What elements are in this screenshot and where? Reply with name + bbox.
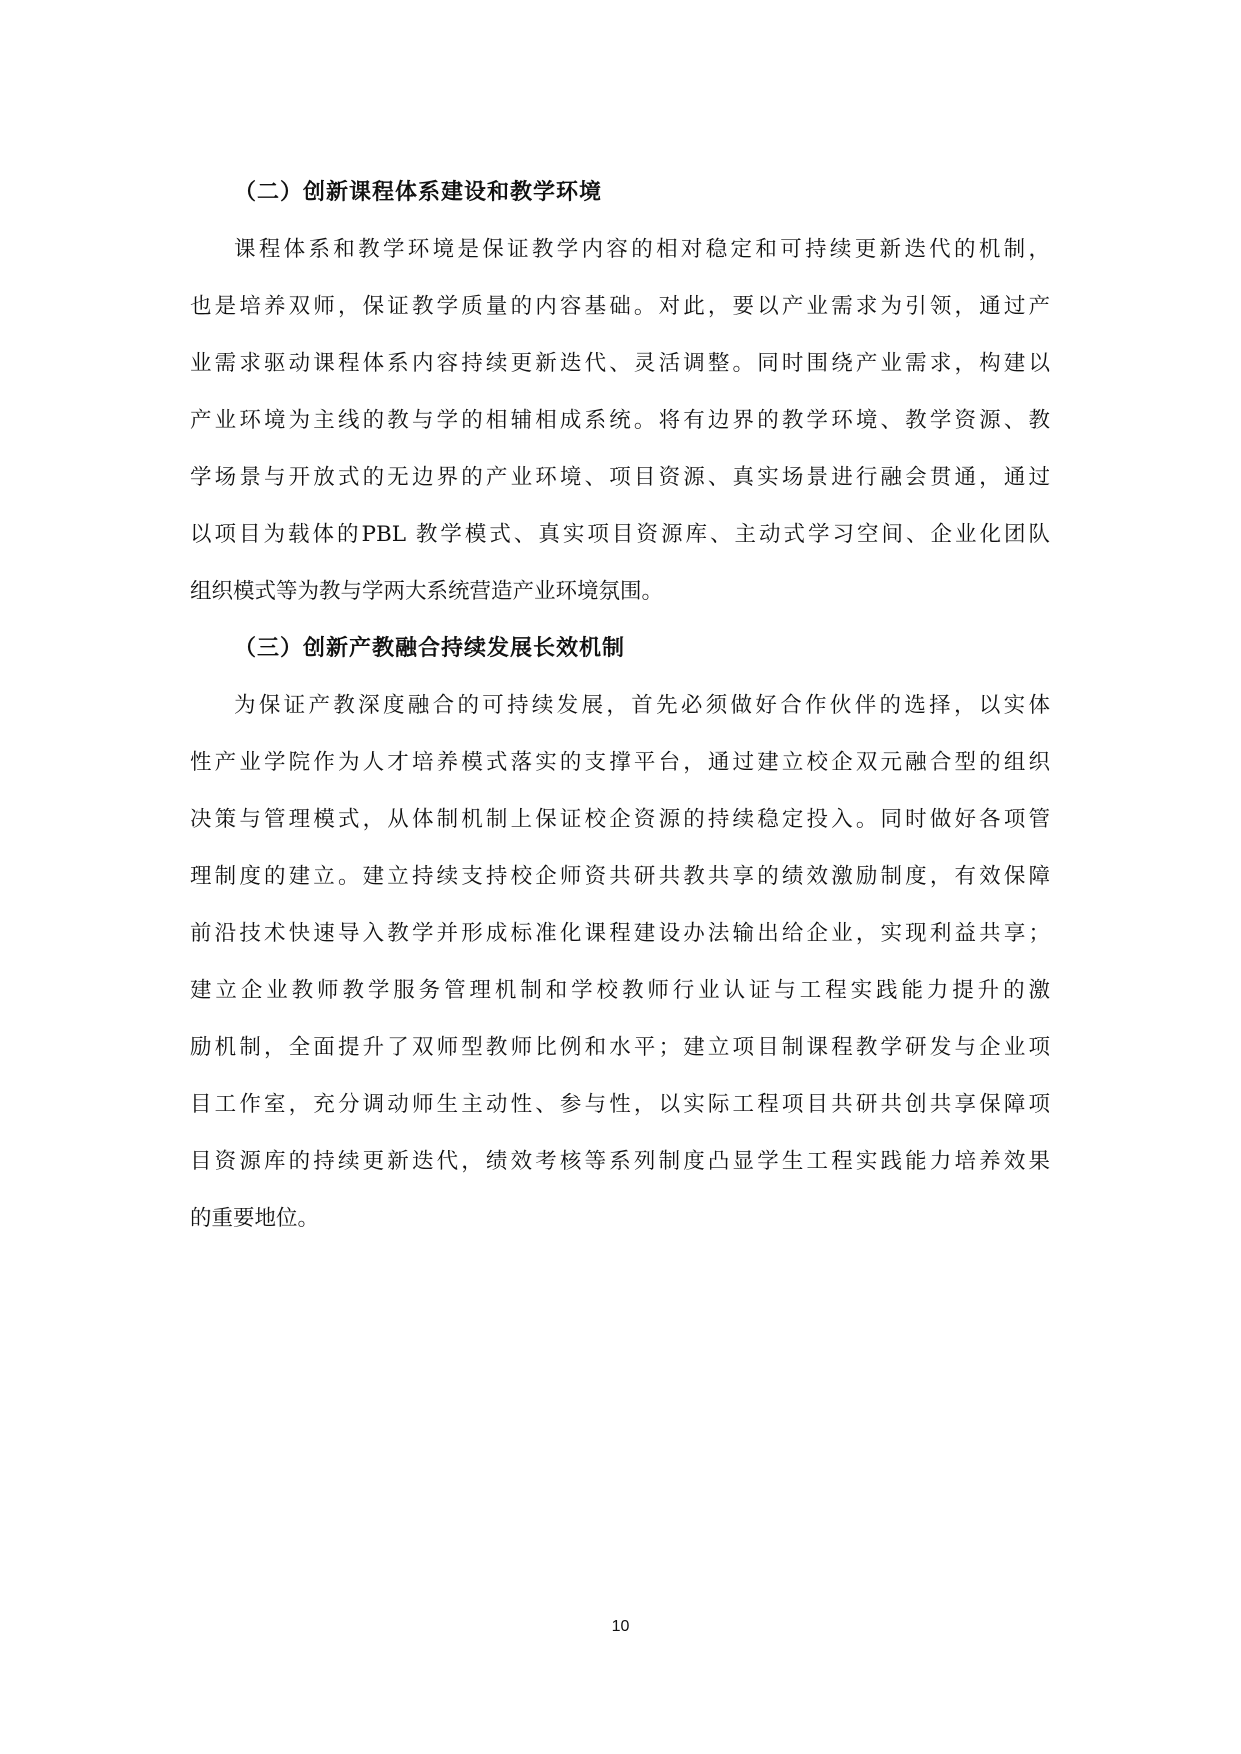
text-line: 组织模式等为教与学两大系统营造产业环境氛围。 [190, 563, 1050, 620]
text-line: 学场景与开放式的无边界的产业环境、项目资源、真实场景进行融会贯通，通过 [190, 449, 1050, 506]
text-line: 理制度的建立。建立持续支持校企师资共研共教共享的绩效激励制度，有效保障 [190, 848, 1050, 905]
text-line: 励机制，全面提升了双师型教师比例和水平；建立项目制课程教学研发与企业项 [190, 1019, 1050, 1076]
text-line: 为保证产教深度融合的可持续发展，首先必须做好合作伙伴的选择，以实体 [190, 677, 1050, 734]
text-line: 目资源库的持续更新迭代，绩效考核等系列制度凸显学生工程实践能力培养效果 [190, 1133, 1050, 1190]
section-heading-3: （三）创新产教融合持续发展长效机制 [190, 620, 1050, 677]
text-line: 目工作室，充分调动师生主动性、参与性，以实际工程项目共研共创共享保障项 [190, 1076, 1050, 1133]
paragraph-course-system: 课程体系和教学环境是保证教学内容的相对稳定和可持续更新迭代的机制， 也是培养双师… [190, 221, 1050, 620]
page-number: 10 [0, 1618, 1241, 1636]
paragraph-long-term-mechanism: 为保证产教深度融合的可持续发展，首先必须做好合作伙伴的选择，以实体 性产业学院作… [190, 677, 1050, 1247]
text-line: 以项目为载体的PBL 教学模式、真实项目资源库、主动式学习空间、企业化团队 [190, 506, 1050, 563]
text-line: 产业环境为主线的教与学的相辅相成系统。将有边界的教学环境、教学资源、教 [190, 392, 1050, 449]
text-line: 性产业学院作为人才培养模式落实的支撑平台，通过建立校企双元融合型的组织 [190, 734, 1050, 791]
document-body: （二）创新课程体系建设和教学环境 课程体系和教学环境是保证教学内容的相对稳定和可… [190, 164, 1050, 1247]
text-line: 也是培养双师，保证教学质量的内容基础。对此，要以产业需求为引领，通过产 [190, 278, 1050, 335]
text-line: 课程体系和教学环境是保证教学内容的相对稳定和可持续更新迭代的机制， [190, 221, 1050, 278]
text-line: 的重要地位。 [190, 1190, 1050, 1247]
document-page: （二）创新课程体系建设和教学环境 课程体系和教学环境是保证教学内容的相对稳定和可… [0, 0, 1241, 1754]
section-heading-2: （二）创新课程体系建设和教学环境 [190, 164, 1050, 221]
text-line: 决策与管理模式，从体制机制上保证校企资源的持续稳定投入。同时做好各项管 [190, 791, 1050, 848]
text-line: 建立企业教师教学服务管理机制和学校教师行业认证与工程实践能力提升的激 [190, 962, 1050, 1019]
text-line: 业需求驱动课程体系内容持续更新迭代、灵活调整。同时围绕产业需求，构建以 [190, 335, 1050, 392]
text-line: 前沿技术快速导入教学并形成标准化课程建设办法输出给企业，实现利益共享； [190, 905, 1050, 962]
